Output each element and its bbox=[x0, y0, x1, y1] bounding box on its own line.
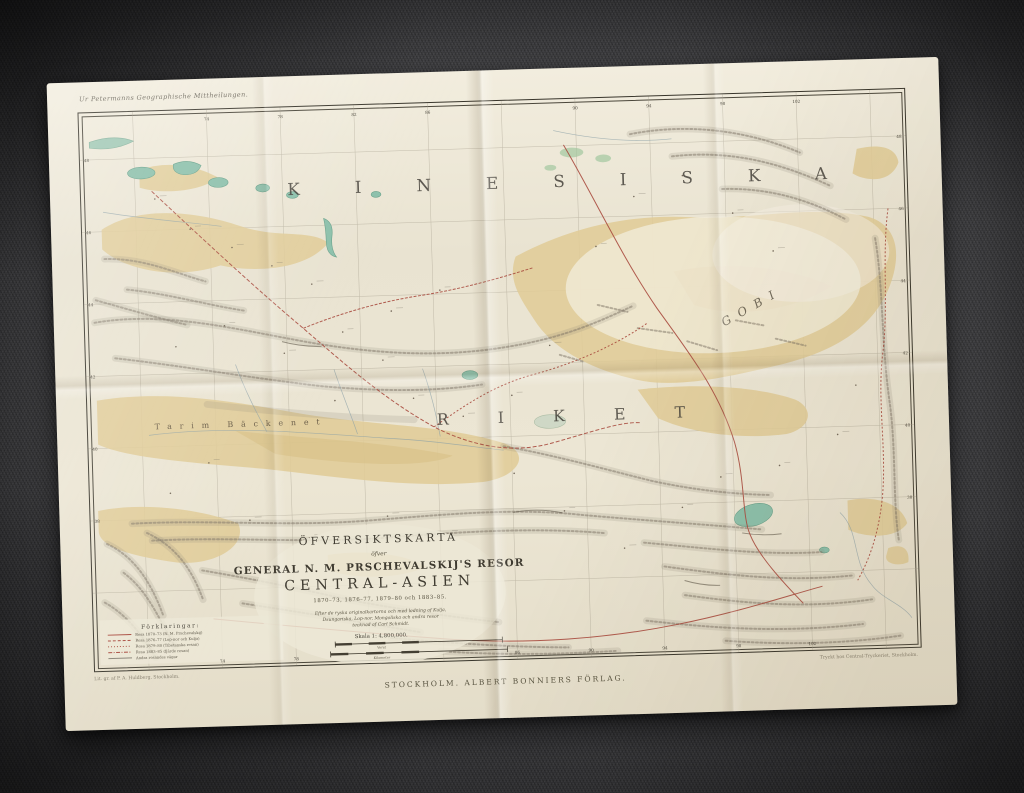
svg-text:94: 94 bbox=[646, 103, 652, 108]
svg-text:74: 74 bbox=[204, 116, 210, 121]
svg-text:46: 46 bbox=[86, 230, 92, 235]
svg-text:48: 48 bbox=[84, 158, 90, 163]
svg-text:38: 38 bbox=[94, 519, 100, 524]
photo-scene: Ur Petermanns Geographische Mittheilunge… bbox=[0, 0, 1024, 793]
svg-text:98: 98 bbox=[736, 643, 742, 648]
svg-text:90: 90 bbox=[572, 105, 578, 110]
svg-text:94: 94 bbox=[662, 645, 668, 650]
scale-bar-km-caption: Kilometer bbox=[372, 656, 390, 661]
svg-text:86: 86 bbox=[425, 110, 431, 115]
svg-text:40: 40 bbox=[92, 447, 98, 452]
svg-text:90: 90 bbox=[589, 648, 595, 653]
svg-text:98: 98 bbox=[720, 101, 726, 106]
publisher-imprint: STOCKHOLM. ALBERT BONNIERS FÖRLAG. bbox=[385, 673, 627, 689]
latitude-ticks-left: 48 46 44 42 40 38 bbox=[84, 158, 100, 524]
legend: Förklaringar: Resa 1870–73 (N. M. Prsche… bbox=[99, 615, 283, 665]
series-attribution: Ur Petermanns Geographische Mittheilunge… bbox=[79, 90, 248, 103]
svg-text:102: 102 bbox=[792, 99, 800, 104]
engraver-credit: Lit. gr. af P. A. Huldberg, Stockholm. bbox=[94, 675, 179, 683]
svg-text:40: 40 bbox=[905, 422, 911, 427]
svg-text:78: 78 bbox=[278, 114, 284, 119]
svg-text:86: 86 bbox=[515, 650, 521, 655]
svg-text:42: 42 bbox=[903, 350, 909, 355]
svg-text:38: 38 bbox=[907, 495, 913, 500]
svg-text:102: 102 bbox=[808, 641, 816, 646]
scale-bar-verst-caption: Verst bbox=[377, 645, 387, 649]
map-over: öfver bbox=[371, 551, 388, 557]
label-empire-top: KINESISKA bbox=[287, 162, 882, 199]
map-frame: KINESISKA RIKET Tarim Bäckenet GOBI ÖFVE… bbox=[77, 88, 921, 672]
svg-text:44: 44 bbox=[901, 278, 907, 283]
svg-text:82: 82 bbox=[351, 112, 357, 117]
svg-text:44: 44 bbox=[88, 302, 94, 307]
latitude-ticks-right: 48 46 44 42 40 38 bbox=[896, 134, 912, 500]
svg-text:42: 42 bbox=[90, 374, 96, 379]
map-canvas: KINESISKA RIKET Tarim Bäckenet GOBI ÖFVE… bbox=[78, 89, 920, 671]
svg-text:78: 78 bbox=[294, 656, 300, 661]
longitude-ticks-top: 74 78 82 86 90 94 98 102 bbox=[204, 99, 801, 122]
svg-text:46: 46 bbox=[898, 206, 904, 211]
printer-credit: Tryckt hos Central-Tryckeriet, Stockholm… bbox=[820, 653, 918, 661]
svg-text:74: 74 bbox=[220, 658, 226, 663]
svg-text:48: 48 bbox=[896, 134, 902, 139]
map-sheet: Ur Petermanns Geographische Mittheilunge… bbox=[47, 57, 958, 731]
